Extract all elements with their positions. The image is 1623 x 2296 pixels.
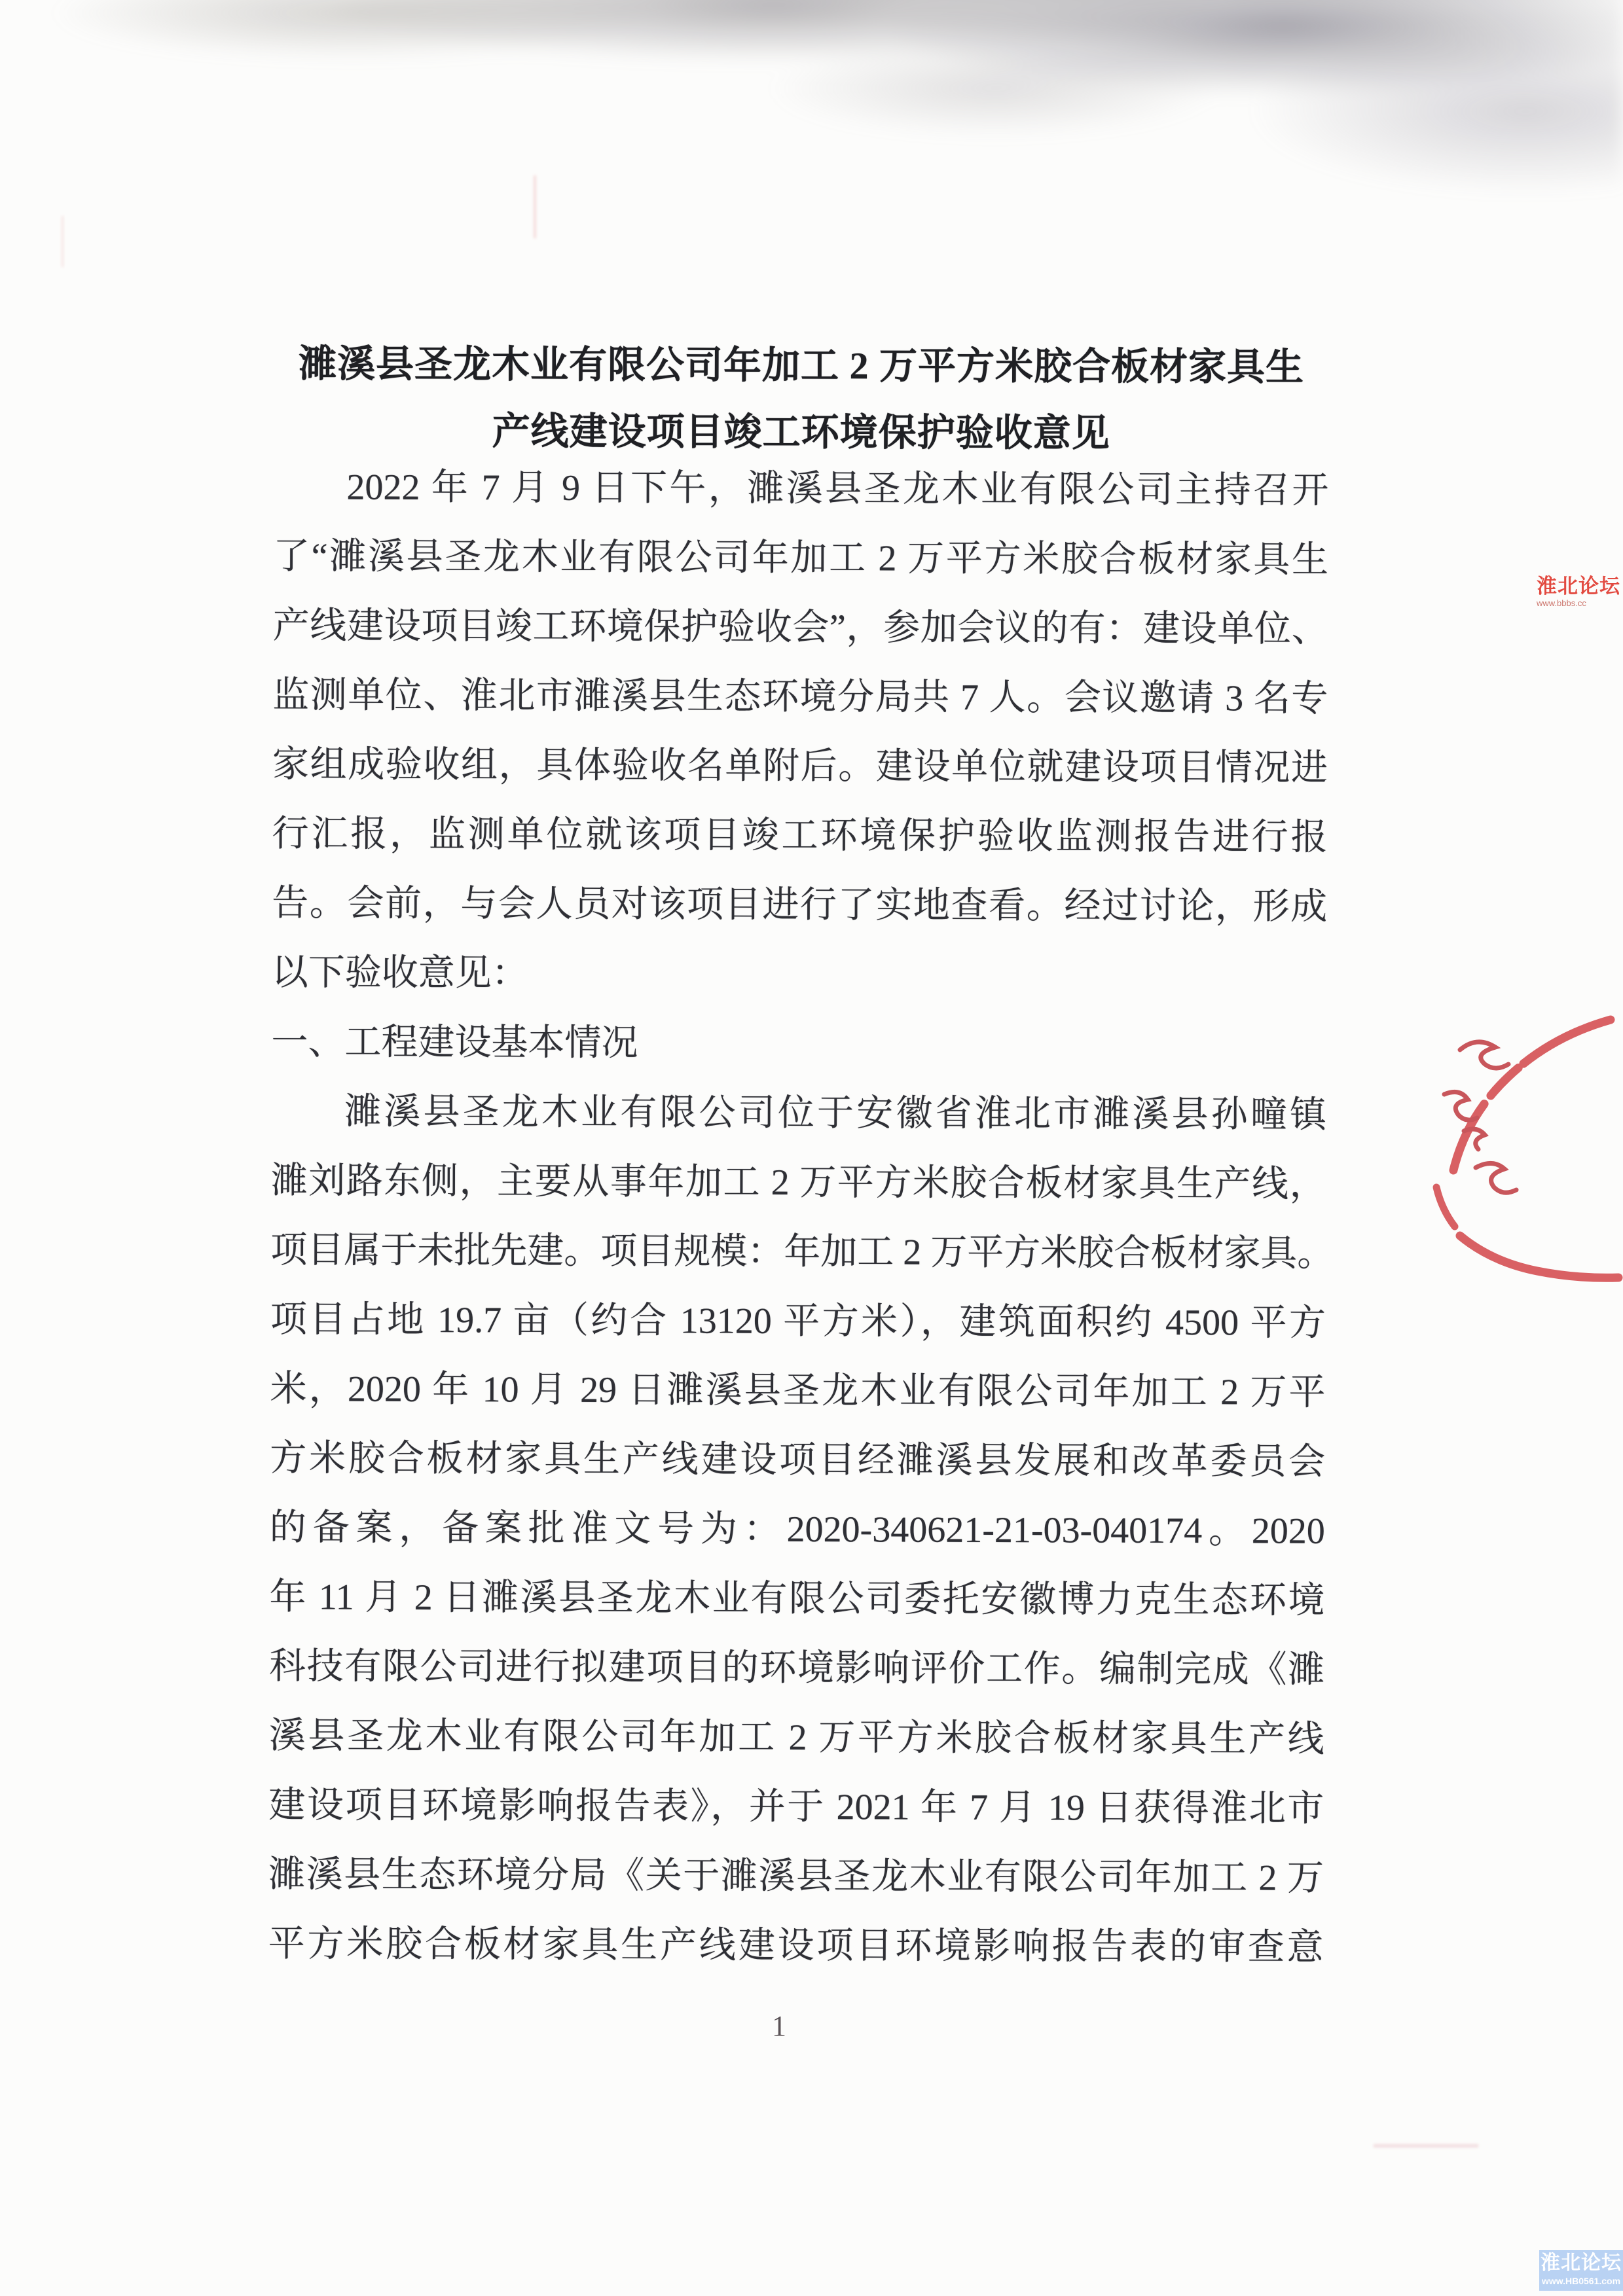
body-line: 濉溪县生态环境分局《关于濉溪县圣龙木业有限公司年加工 2 万 bbox=[268, 1840, 1324, 1913]
body-line: 产线建设项目竣工环境保护验收会”，参加会议的有：建设单位、 bbox=[272, 591, 1328, 664]
scan-streak bbox=[534, 175, 536, 238]
forum-watermark-corner: 淮北论坛 www.HB0561.com bbox=[1539, 2250, 1623, 2291]
scan-streak bbox=[62, 216, 64, 267]
red-seal-stamp bbox=[1387, 979, 1623, 1287]
forum-watermark-side-title: 淮北论坛 bbox=[1537, 576, 1620, 596]
body-line: 项目属于未批先建。项目规模：年加工 2 万平方米胶合板材家具。 bbox=[270, 1215, 1326, 1289]
body-line: 的备案，备案批准文号为：2020-340621-21-03-040174。202… bbox=[270, 1493, 1325, 1566]
forum-watermark-corner-url: www.HB0561.com bbox=[1539, 2276, 1623, 2286]
body-line: 家组成验收组，具体验收名单附后。建设单位就建设项目情况进 bbox=[272, 730, 1328, 803]
body-line: 一、工程建设基本情况 bbox=[271, 1007, 1326, 1081]
forum-watermark-side: 淮北论坛 www.bbbs.cc bbox=[1537, 576, 1620, 607]
body-line: 建设项目环境影响报告表》，并于 2021 年 7 月 19 日获得淮北市 bbox=[268, 1770, 1324, 1844]
body-line: 项目占地 19.7 亩（约合 13120 平方米），建筑面积约 4500 平方 bbox=[270, 1285, 1326, 1358]
body-line: 米，2020 年 10 月 29 日濉溪县圣龙木业有限公司年加工 2 万平 bbox=[270, 1354, 1325, 1427]
body-line: 年 11 月 2 日濉溪县圣龙木业有限公司委托安徽博力克生态环境 bbox=[269, 1562, 1324, 1636]
body-line: 了“濉溪县圣龙木业有限公司年加工 2 万平方米胶合板材家具生 bbox=[273, 522, 1328, 595]
body-line: 科技有限公司进行拟建项目的环境影响评价工作。编制完成《濉 bbox=[269, 1632, 1324, 1705]
document-body: 2022 年 7 月 9 日下午，濉溪县圣龙木业有限公司主持召开了“濉溪县圣龙木… bbox=[268, 452, 1328, 1982]
scan-streak bbox=[1374, 2144, 1478, 2147]
document-title: 濉溪县圣龙木业有限公司年加工 2 万平方米胶合板材家具生 产线建设项目竣工环境保… bbox=[274, 331, 1330, 468]
body-line: 濉刘路东侧，主要从事年加工 2 万平方米胶合板材家具生产线， bbox=[271, 1146, 1326, 1219]
scan-smudge-top bbox=[0, 0, 1623, 203]
body-line: 告。会前，与会人员对该项目进行了实地查看。经过讨论，形成 bbox=[272, 869, 1327, 942]
body-line: 行汇报，监测单位就该项目竣工环境保护验收监测报告进行报 bbox=[272, 799, 1327, 872]
body-line: 以下验收意见： bbox=[272, 938, 1327, 1011]
body-line: 溪县圣龙木业有限公司年加工 2 万平方米胶合板材家具生产线 bbox=[269, 1701, 1324, 1774]
page-number: 1 bbox=[740, 2009, 818, 2043]
title-line-1: 濉溪县圣龙木业有限公司年加工 2 万平方米胶合板材家具生 bbox=[274, 331, 1329, 401]
body-line: 方米胶合板材家具生产线建设项目经濉溪县发展和改革委员会 bbox=[270, 1424, 1325, 1497]
forum-watermark-corner-title: 淮北论坛 bbox=[1539, 2250, 1623, 2276]
body-line: 濉溪县圣龙木业有限公司位于安徽省淮北市濉溪县孙疃镇 bbox=[271, 1077, 1326, 1150]
body-line: 2022 年 7 月 9 日下午，濉溪县圣龙木业有限公司主持召开 bbox=[273, 452, 1328, 526]
body-line: 监测单位、淮北市濉溪县生态环境分局共 7 人。会议邀请 3 名专 bbox=[272, 660, 1328, 734]
document-content: 濉溪县圣龙木业有限公司年加工 2 万平方米胶合板材家具生 产线建设项目竣工环境保… bbox=[275, 0, 1330, 2]
forum-watermark-side-url: www.bbbs.cc bbox=[1537, 599, 1620, 607]
scanned-document-page: 濉溪县圣龙木业有限公司年加工 2 万平方米胶合板材家具生 产线建设项目竣工环境保… bbox=[0, 0, 1623, 2296]
body-line: 平方米胶合板材家具生产线建设项目环境影响报告表的审查意 bbox=[268, 1909, 1323, 1982]
